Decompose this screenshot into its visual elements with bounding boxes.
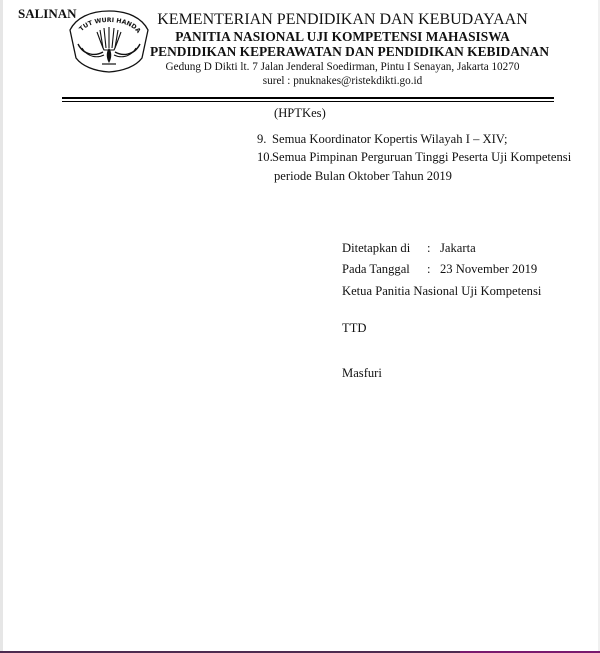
distribution-item: 9.Semua Koordinator Kopertis Wilayah I –… [257,132,507,147]
committee-name-line1: PANITIA NASIONAL UJI KOMPETENSI MAHASISW… [150,30,535,43]
email: surel : pnuknakes@ristekdikti.go.id [150,76,535,87]
signature-place-row: Ditetapkan di:Jakarta [342,241,476,256]
address: Gedung D Dikti lt. 7 Jalan Jenderal Soed… [150,62,535,73]
signatory-name: Masfuri [342,366,382,381]
letterhead-divider-thick [62,97,554,99]
committee-name-line2: PENDIDIKAN KEPERAWATAN DAN PENDIDIKAN KE… [150,45,535,58]
signed-mark: TTD [342,321,366,336]
distribution-item: 10.Semua Pimpinan Perguruan Tinggi Peser… [257,150,544,165]
letterhead: KEMENTERIAN PENDIDIKAN DAN KEBUDAYAAN PA… [150,12,535,87]
separator: : [427,241,440,256]
place-label: Ditetapkan di [342,241,427,256]
item-number: 9. [257,132,272,147]
distribution-continuation: (HPTKes) [274,106,326,121]
window-left-edge [0,0,3,651]
item-text: Semua Pimpinan Perguruan Tinggi Peserta … [272,150,544,165]
date-label: Pada Tanggal [342,262,427,277]
item-number: 10. [257,150,272,165]
ministry-name: KEMENTERIAN PENDIDIKAN DAN KEBUDAYAAN [150,12,535,28]
item-text-continuation: periode Bulan Oktober Tahun 2019 [274,169,452,184]
date-value: 23 November 2019 [440,262,537,276]
separator: : [427,262,440,277]
place-value: Jakarta [440,241,476,255]
item-text: Semua Koordinator Kopertis Wilayah I – X… [272,132,507,146]
tut-wuri-handayani-emblem-icon: TUT WURI HANDAYANI [66,8,152,74]
signatory-position: Ketua Panitia Nasional Uji Kompetensi [342,284,541,299]
letterhead-divider-thin [62,101,554,102]
signature-date-row: Pada Tanggal:23 November 2019 [342,262,537,277]
